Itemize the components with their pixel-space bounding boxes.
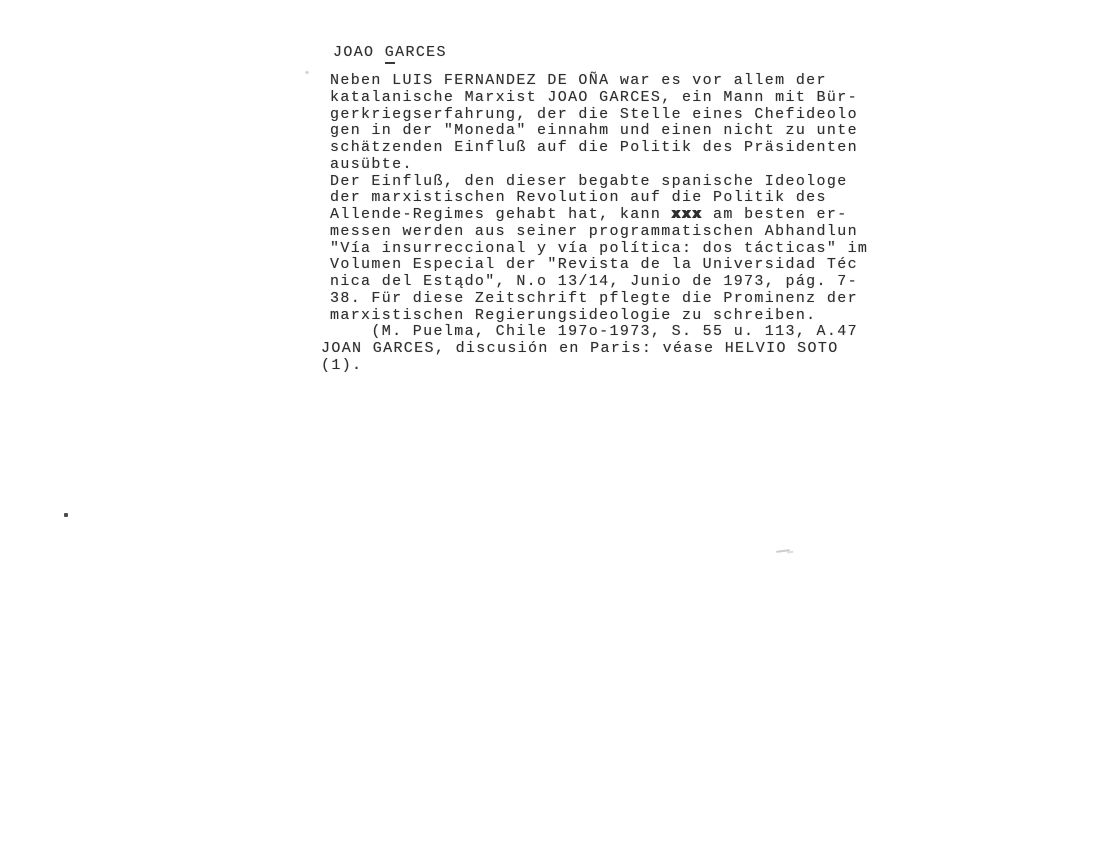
text-line: messen werden aus seiner programmatische… — [330, 224, 868, 241]
text-line-with-strikeover: Allende-Regimes gehabt hat, kann xxx am … — [330, 207, 868, 224]
document-text-block: JOAO GARCES Neben LUIS FERNANDEZ DE OÑA … — [330, 44, 868, 375]
strike-line-pre: Allende-Regimes gehabt hat, kann — [330, 206, 672, 223]
text-line: Volumen Especial der "Revista de la Univ… — [330, 257, 868, 274]
smudge-mark — [776, 549, 790, 553]
text-line-citation: JOAN GARCES, discusión en Paris: véase H… — [321, 341, 868, 358]
ink-dot — [64, 513, 68, 517]
text-line: nica del Estądo", N.o 13/14, Junio de 19… — [330, 274, 868, 291]
text-line: marxistischen Regierungsideologie zu sch… — [330, 308, 868, 325]
document-heading: JOAO GARCES — [333, 44, 868, 61]
heading-text-post: ARCES — [395, 44, 447, 61]
scanned-document-page: JOAO GARCES Neben LUIS FERNANDEZ DE OÑA … — [0, 0, 1100, 850]
text-line: der marxistischen Revolution auf die Pol… — [330, 190, 868, 207]
text-line-citation: (1). — [321, 358, 868, 375]
heading-text-pre: JOAO — [333, 44, 385, 61]
text-line: katalanische Marxist JOAO GARCES, ein Ma… — [330, 90, 868, 107]
text-line: Neben LUIS FERNANDEZ DE OÑA war es vor a… — [330, 73, 868, 90]
heading-underlined-letter: G — [385, 44, 395, 64]
text-line-citation: (M. Puelma, Chile 197o-1973, S. 55 u. 11… — [330, 324, 868, 341]
strike-line-post: am besten er- — [703, 206, 848, 223]
text-line: Der Einfluß, den dieser begabte spanisch… — [330, 174, 868, 191]
text-line: ausübte. — [330, 157, 868, 174]
text-line: "Vía insurreccional y vía política: dos … — [330, 241, 868, 258]
text-line: 38. Für diese Zeitschrift pflegte die Pr… — [330, 291, 868, 308]
text-line: gerkriegserfahrung, der die Stelle eines… — [330, 107, 868, 124]
text-line: schätzenden Einfluß auf die Politik des … — [330, 140, 868, 157]
strike-over-text: xxx — [672, 206, 703, 223]
text-line: gen in der "Moneda" einnahm und einen ni… — [330, 123, 868, 140]
faint-ink-speck — [305, 71, 309, 74]
